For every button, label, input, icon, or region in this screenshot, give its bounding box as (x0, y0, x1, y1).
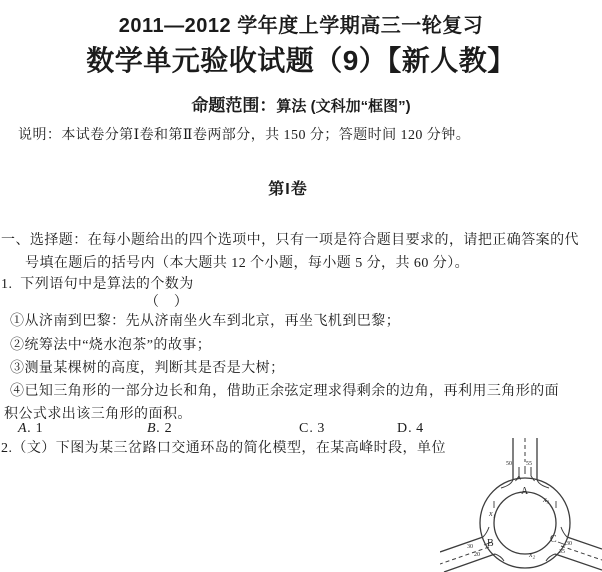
ring-label-x3: x₃ (542, 495, 550, 504)
option-b: B. 2 (147, 421, 172, 437)
course-line: 2011—2012 学年度上学期高三一轮复习 (0, 9, 602, 38)
option-a-value: 1 (36, 421, 43, 436)
question2-stem: 2.（文）下图为某三岔路口交通环岛的简化模型，在某高峰时段，单位 (1, 440, 446, 457)
option-a: A. 1 (18, 421, 43, 437)
roundabout-diagram: A B C x₁ x₂ x₃ 50 55 30 20 30 35 (440, 438, 602, 572)
exam-title: 数学单元验收试题（9）【新人教】 (0, 39, 602, 79)
question1-statement-3: ③测量某棵树的高度，判断其是否是大树； (10, 360, 285, 377)
junction-label-c: C (550, 534, 557, 545)
option-c-value: 3 (317, 421, 324, 436)
option-d: D. 4 (397, 421, 423, 437)
flow-number-top-left: 50 (506, 461, 512, 467)
roundabout-roads (440, 438, 602, 572)
option-c: C. 3 (299, 421, 324, 437)
option-d-value: 4 (416, 421, 423, 436)
scope-value: 算法 (文科加“框图”) (276, 98, 410, 115)
junction-label-a: A (521, 486, 529, 497)
option-c-letter: C. (299, 421, 314, 436)
exam-document-page: 2011—2012 学年度上学期高三一轮复习 数学单元验收试题（9）【新人教】 … (0, 0, 602, 572)
section-one-intro-line2: 号填在题后的括号内（本大题共 12 个小题，每小题 5 分，共 60 分）。 (25, 255, 469, 272)
question1-statement-2: ②统筹法中“烧水泡茶”的故事； (10, 337, 211, 354)
flow-number-b-upper: 30 (467, 544, 473, 550)
section-one-intro-line1: 一、选择题：在每小题给出的四个选项中，只有一项是符合题目要求的，请把正确答案的代 (1, 232, 579, 249)
scope-label: 命题范围： (191, 96, 276, 115)
flow-number-c-lower: 35 (559, 549, 565, 555)
roundabout-figure: A B C x₁ x₂ x₃ 50 55 30 20 30 35 (440, 438, 602, 572)
option-a-letter: A. (18, 421, 32, 436)
flow-number-b-lower: 20 (474, 552, 480, 558)
instructions-line: 说明：本试卷分第Ⅰ卷和第Ⅱ卷两部分，共 150 分；答题时间 120 分钟。 (18, 127, 470, 144)
part-one-title: 第I卷 (0, 176, 589, 199)
option-b-value: 2 (165, 421, 172, 436)
ring-label-x1: x₁ (488, 509, 496, 518)
flow-number-top-right: 55 (526, 461, 532, 467)
scope-line: 命题范围：算法 (文科加“框图”) (0, 91, 602, 116)
question1-stem: 1. 下列语句中是算法的个数为 (1, 276, 194, 293)
option-b-letter: B. (147, 421, 161, 436)
question1-answer-blank: （ ） (145, 294, 188, 311)
junction-label-b: B (487, 538, 494, 549)
flow-number-c-upper: 30 (566, 541, 572, 547)
question1-statement-1: ①从济南到巴黎：先从济南坐火车到北京，再坐飞机到巴黎； (10, 313, 400, 330)
question1-statement-4: ④已知三角形的一部分边长和角，借助正余弦定理求得剩余的边角，再利用三角形的面 (10, 383, 559, 400)
ring-label-x2: x₂ (528, 550, 536, 559)
option-d-letter: D. (397, 421, 413, 436)
